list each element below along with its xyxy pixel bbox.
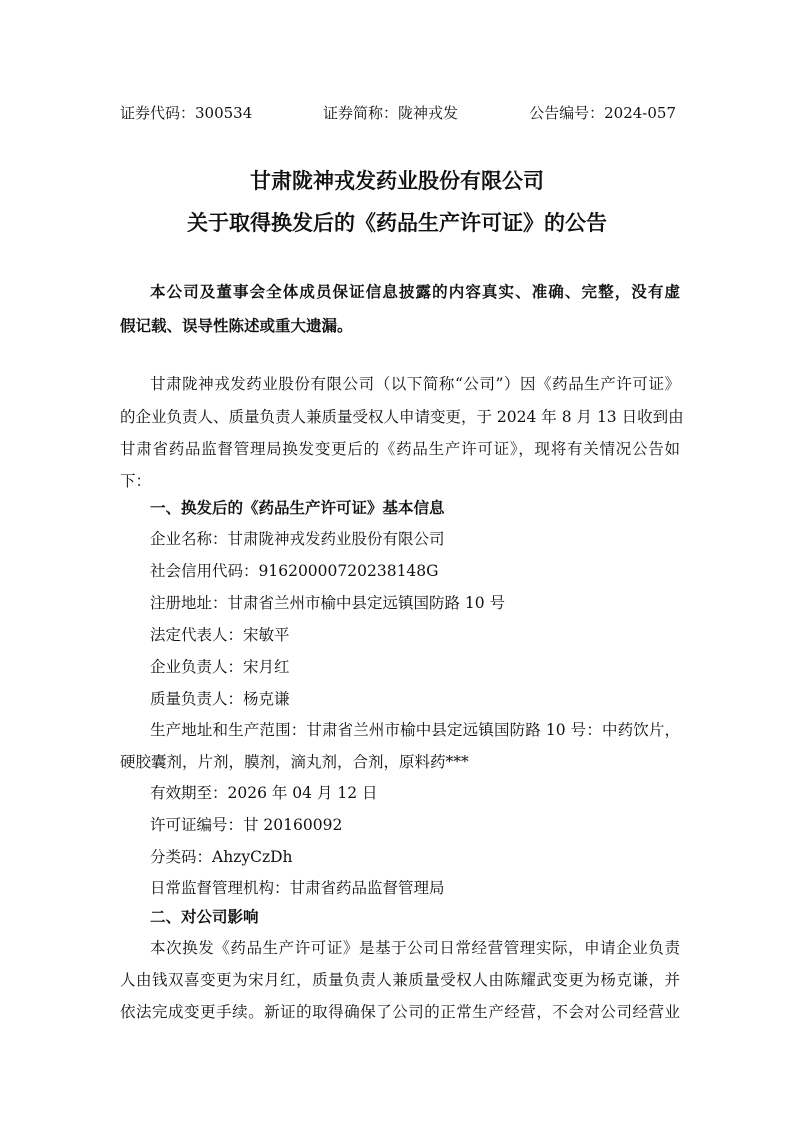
stock-code: 证券代码：300534: [120, 102, 252, 124]
impact-line-1: 本次换发《药品生产许可证》是基于公司日常经营管理实际，申请企业负责: [150, 937, 680, 959]
info-company-name: 企业名称：甘肃陇神戎发药业股份有限公司: [150, 528, 680, 550]
stock-abbreviation: 证券简称：陇神戎发: [323, 102, 458, 124]
info-production-scope-line-1: 生产地址和生产范围：甘肃省兰州市榆中县定远镇国防路 10 号：中药饮片，: [150, 719, 680, 741]
info-legal-representative: 法定代表人：宋敏平: [150, 624, 680, 646]
intro-line-2: 的企业负责人、质量负责人兼质量受权人申请变更，于 2024 年 8 月 13 日…: [120, 406, 680, 428]
info-enterprise-head: 企业负责人：宋月红: [150, 656, 680, 678]
disclaimer-line-2: 假记载、误导性陈述或重大遗漏。: [120, 315, 680, 337]
info-registered-address: 注册地址：甘肃省兰州市榆中县定远镇国防路 10 号: [150, 592, 680, 614]
info-supervising-authority: 日常监督管理机构：甘肃省药品监督管理局: [150, 877, 680, 899]
info-valid-until: 有效期至：2026 年 04 月 12 日: [150, 782, 680, 804]
company-title: 甘肃陇神戎发药业股份有限公司: [0, 166, 794, 196]
announcement-number: 公告编号：2024-057: [529, 102, 676, 124]
impact-line-3: 依法完成变更手续。新证的取得确保了公司的正常生产经营，不会对公司经营业: [120, 1001, 680, 1023]
disclaimer-line-1: 本公司及董事会全体成员保证信息披露的内容真实、准确、完整，没有虚: [150, 281, 680, 303]
info-classification-code: 分类码：AhzyCzDh: [150, 846, 680, 868]
section-1-heading: 一、换发后的《药品生产许可证》基本信息: [150, 497, 680, 519]
intro-line-4: 下：: [120, 470, 680, 492]
announcement-title: 关于取得换发后的《药品生产许可证》的公告: [0, 208, 794, 238]
info-license-number: 许可证编号：甘 20160092: [150, 814, 680, 836]
intro-line-1: 甘肃陇神戎发药业股份有限公司（以下简称“公司”）因《药品生产许可证》: [150, 373, 680, 395]
info-production-scope-line-2: 硬胶囊剂，片剂，膜剂，滴丸剂，合剂，原料药***: [120, 751, 680, 773]
impact-line-2: 人由钱双喜变更为宋月红，质量负责人兼质量受权人由陈耀武变更为杨克谦，并: [120, 969, 680, 991]
announcement-header: 证券代码：300534 证券简称：陇神戎发 公告编号：2024-057: [120, 102, 676, 124]
info-quality-head: 质量负责人：杨克谦: [150, 688, 680, 710]
document-page: 证券代码：300534 证券简称：陇神戎发 公告编号：2024-057 甘肃陇神…: [0, 0, 794, 1122]
section-2-heading: 二、对公司影响: [150, 906, 680, 928]
info-credit-code: 社会信用代码：91620000720238148G: [150, 560, 680, 582]
intro-line-3: 甘肃省药品监督管理局换发变更后的《药品生产许可证》，现将有关情况公告如: [120, 438, 680, 460]
